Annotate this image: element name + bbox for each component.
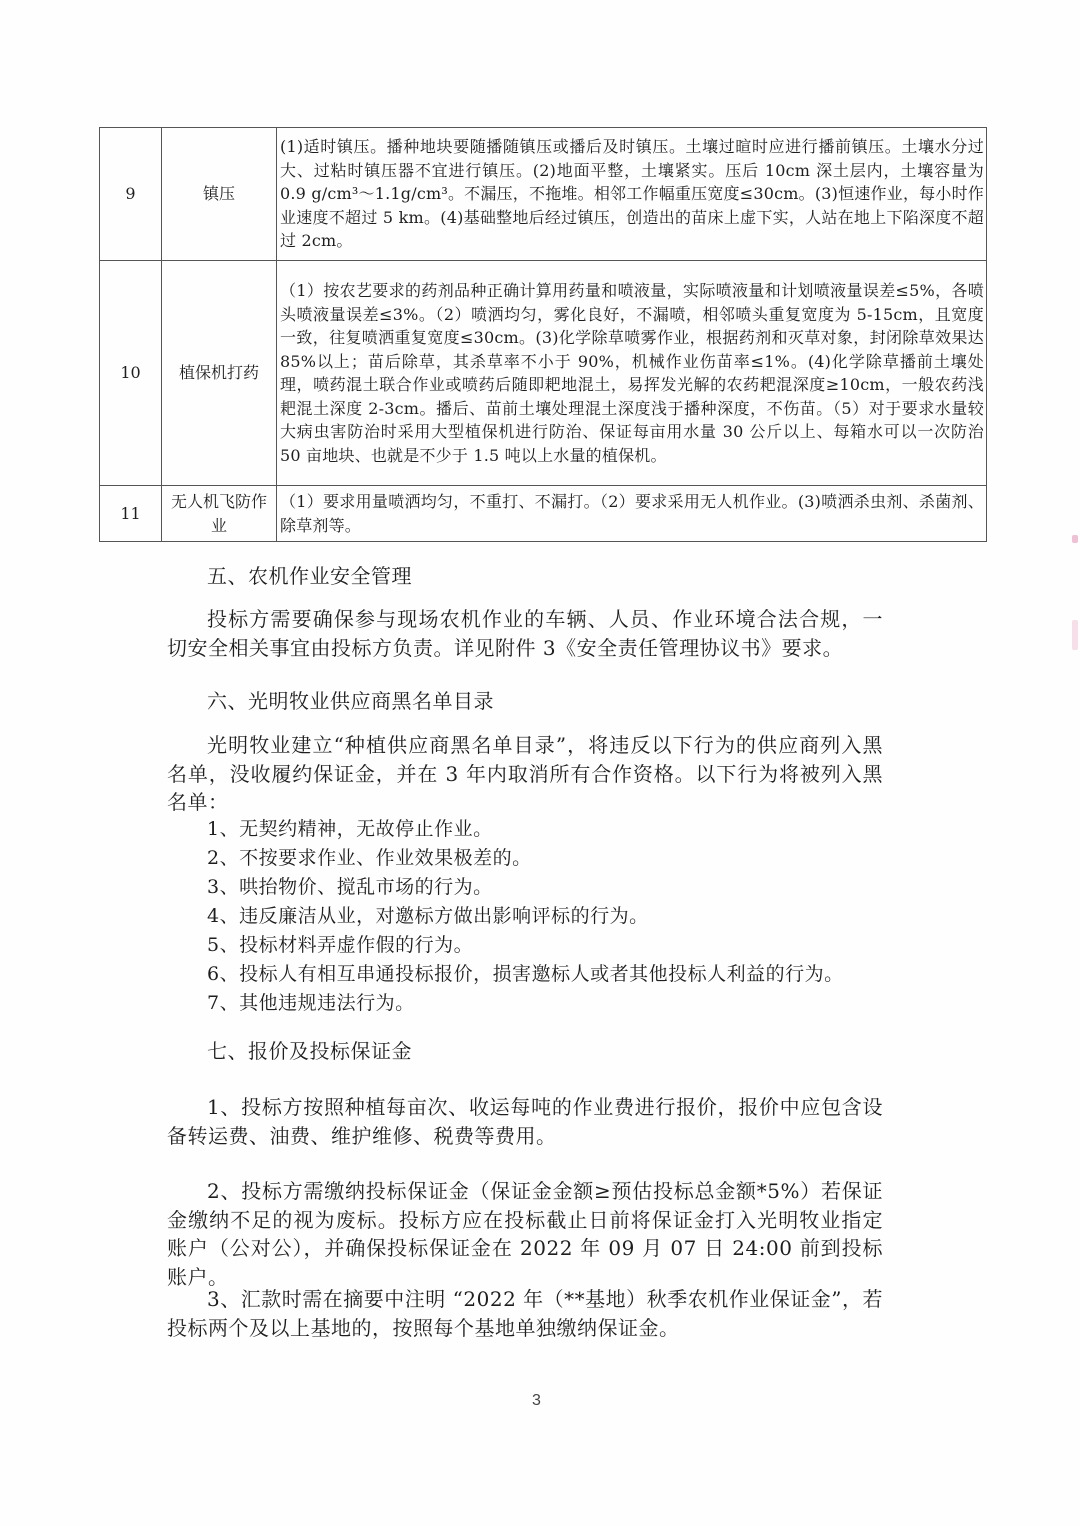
paragraph-deposit-payment: 2、投标方需缴纳投标保证金（保证金金额≥预估投标总金额*5%）若保证金缴纳不足的… (167, 1177, 883, 1291)
blacklist-item: 5、投标材料弄虚作假的行为。 (207, 932, 473, 958)
table-row: 10 植保机打药 （1）按农艺要求的药剂品种正确计算用药量和喷液量，实际喷液量和… (100, 261, 987, 486)
paragraph-bid-pricing: 1、投标方按照种植每亩次、收运每吨的作业费进行报价，报价中应包含设备转运费、油费… (167, 1093, 883, 1150)
blacklist-item: 7、其他违规违法行为。 (207, 990, 415, 1016)
operation-requirements-table: 9 镇压 (1)适时镇压。播种地块要随播随镇压或播后及时镇压。土壤过暄时应进行播… (99, 127, 987, 542)
table-row: 11 无人机飞防作业 （1）要求用量喷洒均匀，不重打、不漏打。（2）要求采用无人… (100, 486, 987, 542)
section-heading-bid-deposit: 七、报价及投标保证金 (207, 1037, 412, 1065)
section-heading-safety: 五、农机作业安全管理 (207, 562, 412, 590)
operation-requirement: （1）要求用量喷洒均匀，不重打、不漏打。（2）要求采用无人机作业。(3)喷洒杀虫… (277, 486, 987, 542)
blacklist-item: 6、投标人有相互串通投标报价，损害邀标人或者其他投标人利益的行为。 (207, 961, 844, 987)
operation-requirement: （1）按农艺要求的药剂品种正确计算用药量和喷液量，实际喷液量和计划喷液量误差≤5… (277, 261, 987, 486)
blacklist-item: 2、不按要求作业、作业效果极差的。 (207, 845, 532, 871)
document-page: 9 镇压 (1)适时镇压。播种地块要随播随镇压或播后及时镇压。土壤过暄时应进行播… (0, 0, 1080, 1526)
paragraph-blacklist: 光明牧业建立“种植供应商黑名单目录”，将违反以下行为的供应商列入黑名单，没收履约… (167, 731, 883, 817)
page-number: 3 (532, 1392, 541, 1410)
operation-requirement: (1)适时镇压。播种地块要随播随镇压或播后及时镇压。土壤过暄时应进行播前镇压。土… (277, 128, 987, 261)
blacklist-item: 1、无契约精神，无故停止作业。 (207, 816, 493, 842)
scan-edge-mark (1072, 535, 1078, 543)
paragraph-remittance-note: 3、汇款时需在摘要中注明 “2022 年（**基地）秋季农机作业保证金”，若投标… (167, 1285, 883, 1342)
row-number: 9 (100, 128, 162, 261)
table-row: 9 镇压 (1)适时镇压。播种地块要随播随镇压或播后及时镇压。土壤过暄时应进行播… (100, 128, 987, 261)
row-number: 11 (100, 486, 162, 542)
paragraph-safety: 投标方需要确保参与现场农机作业的车辆、人员、作业环境合法合规，一切安全相关事宜由… (167, 605, 883, 662)
section-heading-blacklist: 六、光明牧业供应商黑名单目录 (207, 687, 494, 715)
blacklist-item: 3、哄抬物价、搅乱市场的行为。 (207, 874, 493, 900)
blacklist-item: 4、违反廉洁从业，对邀标方做出影响评标的行为。 (207, 903, 649, 929)
operation-item: 植保机打药 (162, 261, 277, 486)
row-number: 10 (100, 261, 162, 486)
scan-edge-mark (1072, 620, 1078, 650)
operation-item: 无人机飞防作业 (162, 486, 277, 542)
operation-item: 镇压 (162, 128, 277, 261)
